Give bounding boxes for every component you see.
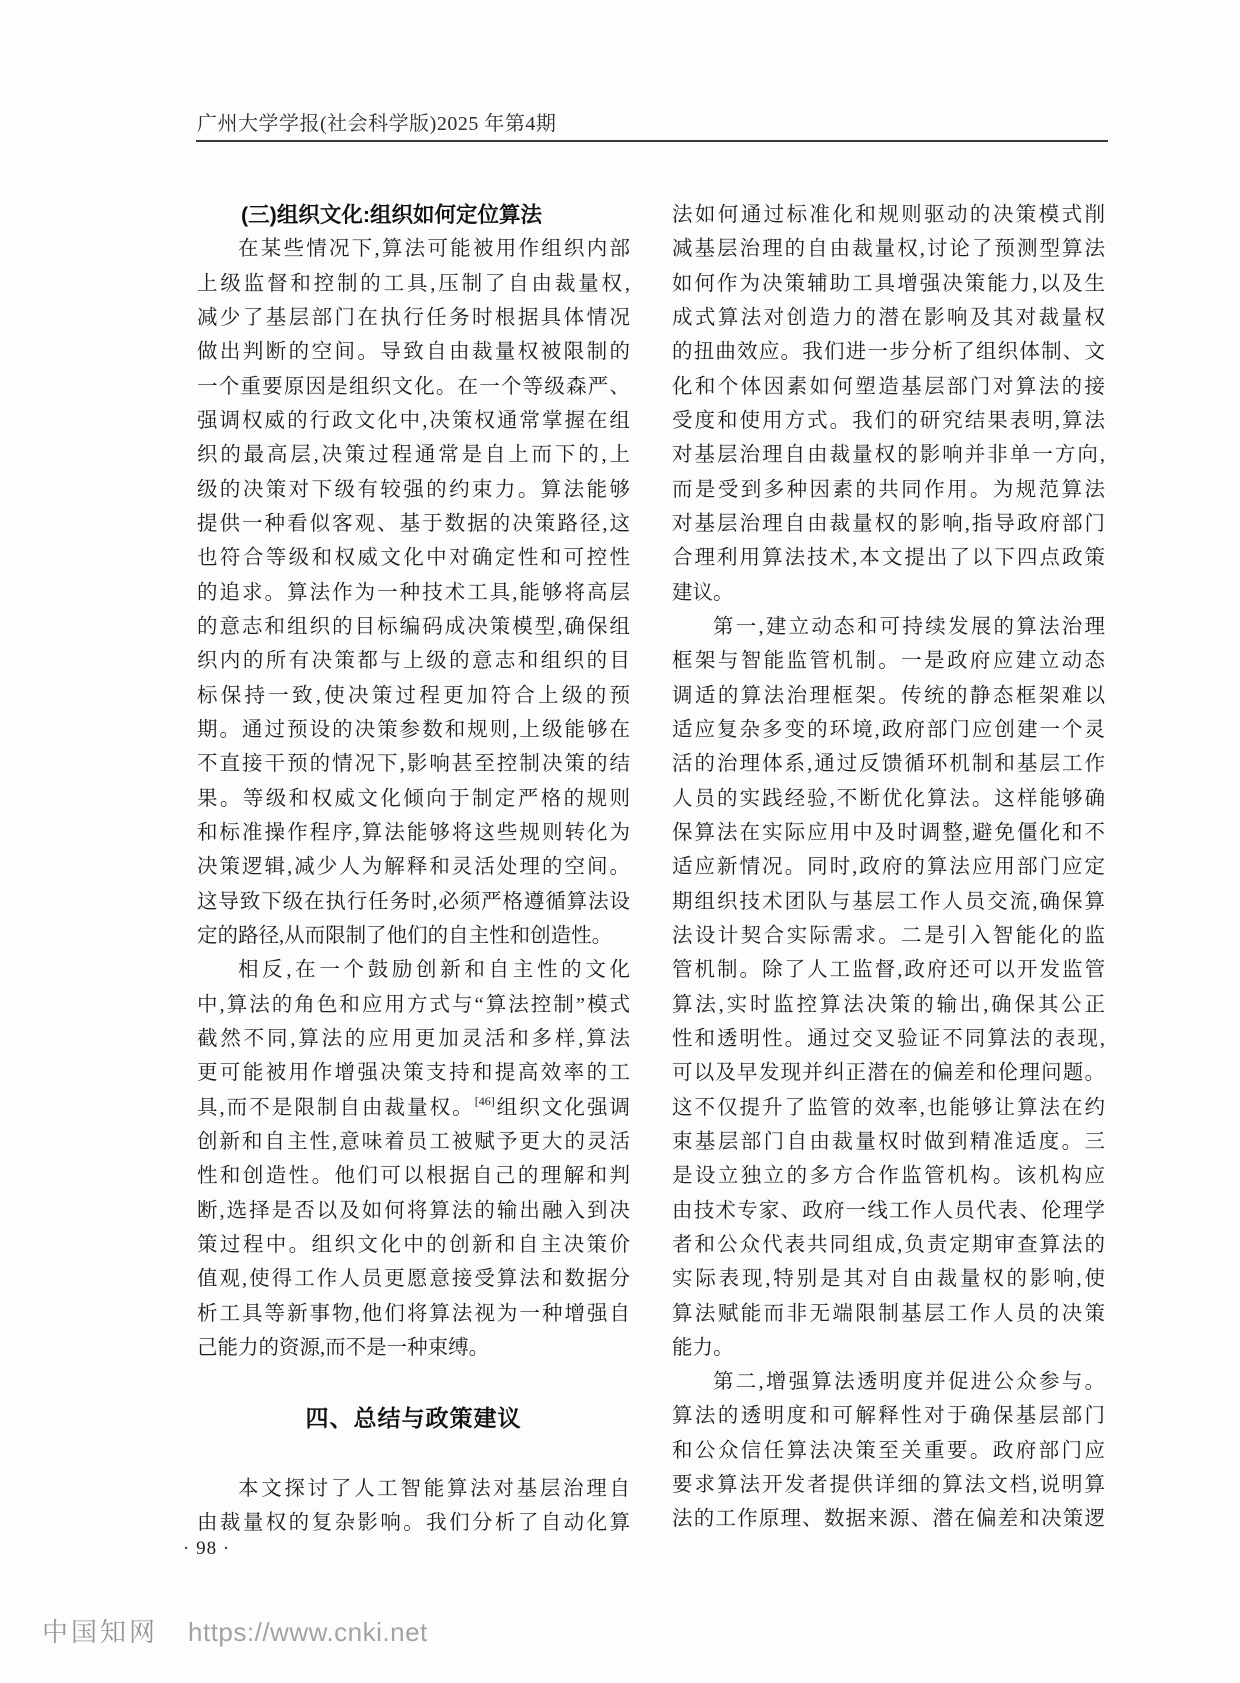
text-line: 做出判断的空间。导致自由裁量权被限制的 xyxy=(197,335,630,369)
text-line: 具,而不是限制自由裁量权。[46]组织文化强调 xyxy=(197,1091,630,1125)
text-line: 策过程中。组织文化中的创新和自主决策价 xyxy=(197,1228,630,1262)
text-line: 受度和使用方式。我们的研究结果表明,算法 xyxy=(672,404,1105,438)
text-line: 创新和自主性,意味着员工被赋予更大的灵活 xyxy=(197,1125,630,1159)
scanned-paper-page: 广州大学学报(社会科学版)2025 年第4期 (三)组织文化:组织如何定位算法在… xyxy=(0,0,1240,1683)
text-line: 决策逻辑,减少人为解释和灵活处理的空间。 xyxy=(197,850,630,884)
text-line: 的追求。算法作为一种技术工具,能够将高层 xyxy=(197,576,630,610)
text-line: 要求算法开发者提供详细的算法文档,说明算 xyxy=(672,1468,1105,1502)
citation-ref: [46] xyxy=(475,1094,495,1108)
text-line: 者和公众代表共同组成,负责定期审查算法的 xyxy=(672,1228,1105,1262)
text-line: 算法的透明度和可解释性对于确保基层部门 xyxy=(672,1399,1105,1433)
text-line: 化和个体因素如何塑造基层部门对算法的接 xyxy=(672,370,1105,404)
watermark-url: https://www.cnki.net xyxy=(188,1617,428,1648)
text-line: 断,选择是否以及如何将算法的输出融入到决 xyxy=(197,1194,630,1228)
text-line: 和标准操作程序,算法能够将这些规则转化为 xyxy=(197,816,630,850)
text-line: 成式算法对创造力的潜在影响及其对裁量权 xyxy=(672,301,1105,335)
text-line: 第二,增强算法透明度并促进公众参与。 xyxy=(672,1365,1105,1399)
text-line: 是设立独立的多方合作监管机构。该机构应 xyxy=(672,1159,1105,1193)
text-line: 可以及早发现并纠正潜在的偏差和伦理问题。 xyxy=(672,1056,1105,1090)
text-line: 上级监督和控制的工具,压制了自由裁量权, xyxy=(197,267,630,301)
text-line: 减基层治理的自由裁量权,讨论了预测型算法 xyxy=(672,232,1105,266)
text-line: 的意志和组织的目标编码成决策模型,确保组 xyxy=(197,610,630,644)
page-number: · 98 · xyxy=(183,1538,230,1560)
text-line: 能力。 xyxy=(672,1331,1105,1365)
article-column-left: (三)组织文化:组织如何定位算法在某些情况下,算法可能被用作组织内部上级监督和控… xyxy=(197,198,630,1541)
text-line: 如何作为决策辅助工具增强决策能力,以及生 xyxy=(672,267,1105,301)
text-line: 性和透明性。通过交叉验证不同算法的表现, xyxy=(672,1022,1105,1056)
text-line: 适应复杂多变的环境,政府部门应创建一个灵 xyxy=(672,713,1105,747)
text-line: 活的治理体系,通过反馈循环机制和基层工作 xyxy=(672,747,1105,781)
text-line: 和公众信任算法决策至关重要。政府部门应 xyxy=(672,1434,1105,1468)
text-line: 不直接干预的情况下,影响甚至控制决策的结 xyxy=(197,747,630,781)
text-line: 级的决策对下级有较强的约束力。算法能够 xyxy=(197,473,630,507)
text-line: 实际表现,特别是其对自由裁量权的影响,使 xyxy=(672,1262,1105,1296)
text-line: 更可能被用作增强决策支持和提高效率的工 xyxy=(197,1056,630,1090)
text-line: 算法,实时监控算法决策的输出,确保其公正 xyxy=(672,988,1105,1022)
text-line: 也符合等级和权威文化中对确定性和可控性 xyxy=(197,541,630,575)
text-line: 减少了基层部门在执行任务时根据具体情况 xyxy=(197,301,630,335)
text-line: 算法赋能而非无端限制基层工作人员的决策 xyxy=(672,1297,1105,1331)
journal-header-line: 广州大学学报(社会科学版)2025 年第4期 xyxy=(197,110,1109,138)
text-line: 提供一种看似客观、基于数据的决策路径,这 xyxy=(197,507,630,541)
text-line: 相反,在一个鼓励创新和自主性的文化 xyxy=(197,953,630,987)
text-line: 期。通过预设的决策参数和规则,上级能够在 xyxy=(197,713,630,747)
text-line: 强调权威的行政文化中,决策权通常掌握在组 xyxy=(197,404,630,438)
text-line: 对基层治理自由裁量权的影响并非单一方向, xyxy=(672,438,1105,472)
text-line: 析工具等新事物,他们将算法视为一种增强自 xyxy=(197,1297,630,1331)
watermark-site-name: 中国知网 xyxy=(42,1612,158,1649)
text-line: 中,算法的角色和应用方式与“算法控制”模式 xyxy=(197,988,630,1022)
text-line: 一个重要原因是组织文化。在一个等级森严、 xyxy=(197,370,630,404)
text-line: 这导致下级在执行任务时,必须严格遵循算法设 xyxy=(197,885,630,919)
text-line: 法设计契合实际需求。二是引入智能化的监 xyxy=(672,919,1105,953)
text-line: 框架与智能监管机制。一是政府应建立动态 xyxy=(672,644,1105,678)
text-line: 的扭曲效应。我们进一步分析了组织体制、文 xyxy=(672,335,1105,369)
text-line: 束基层部门自由裁量权时做到精准适度。三 xyxy=(672,1125,1105,1159)
subsection-heading: (三)组织文化:组织如何定位算法 xyxy=(197,198,630,232)
text-line: 适应新情况。同时,政府的算法应用部门应定 xyxy=(672,850,1105,884)
text-line: 期组织技术团队与基层工作人员交流,确保算 xyxy=(672,885,1105,919)
text-line: 调适的算法治理框架。传统的静态框架难以 xyxy=(672,679,1105,713)
text-line: 值观,使得工作人员更愿意接受算法和数据分 xyxy=(197,1262,630,1296)
text-line: 性和创造性。他们可以根据自己的理解和判 xyxy=(197,1159,630,1193)
text-line: 对基层治理自由裁量权的影响,指导政府部门 xyxy=(672,507,1105,541)
text-line: 在某些情况下,算法可能被用作组织内部 xyxy=(197,232,630,266)
text-line: 标保持一致,使决策过程更加符合上级的预 xyxy=(197,679,630,713)
text-line: 定的路径,从而限制了他们的自主性和创造性。 xyxy=(197,919,630,953)
text-line: 果。等级和权威文化倾向于制定严格的规则 xyxy=(197,782,630,816)
text-line: 保算法在实际应用中及时调整,避免僵化和不 xyxy=(672,816,1105,850)
text-line: 法如何通过标准化和规则驱动的决策模式削 xyxy=(672,198,1105,232)
section-heading: 四、总结与政策建议 xyxy=(197,1401,630,1436)
text-line: 人员的实践经验,不断优化算法。这样能够确 xyxy=(672,782,1105,816)
text-line: 由技术专家、政府一线工作人员代表、伦理学 xyxy=(672,1194,1105,1228)
text-line: 而是受到多种因素的共同作用。为规范算法 xyxy=(672,473,1105,507)
cnki-watermark: 中国知网 https://www.cnki.net xyxy=(42,1612,428,1649)
header-rule xyxy=(196,140,1108,142)
text-line: 管机制。除了人工监督,政府还可以开发监管 xyxy=(672,953,1105,987)
text-line: 己能力的资源,而不是一种束缚。 xyxy=(197,1331,630,1365)
text-line: 织的最高层,决策过程通常是自上而下的,上 xyxy=(197,438,630,472)
text-line: 合理利用算法技术,本文提出了以下四点政策 xyxy=(672,541,1105,575)
text-line: 本文探讨了人工智能算法对基层治理自 xyxy=(197,1472,630,1506)
text-line: 第一,建立动态和可持续发展的算法治理 xyxy=(672,610,1105,644)
text-line: 截然不同,算法的应用更加灵活和多样,算法 xyxy=(197,1022,630,1056)
article-column-right: 法如何通过标准化和规则驱动的决策模式削减基层治理的自由裁量权,讨论了预测型算法如… xyxy=(672,198,1105,1537)
text-line: 建议。 xyxy=(672,576,1105,610)
text-line: 由裁量权的复杂影响。我们分析了自动化算 xyxy=(197,1506,630,1540)
text-line: 这不仅提升了监管的效率,也能够让算法在约 xyxy=(672,1091,1105,1125)
text-line: 法的工作原理、数据来源、潜在偏差和决策逻 xyxy=(672,1502,1105,1536)
text-line: 织内的所有决策都与上级的意志和组织的目 xyxy=(197,644,630,678)
